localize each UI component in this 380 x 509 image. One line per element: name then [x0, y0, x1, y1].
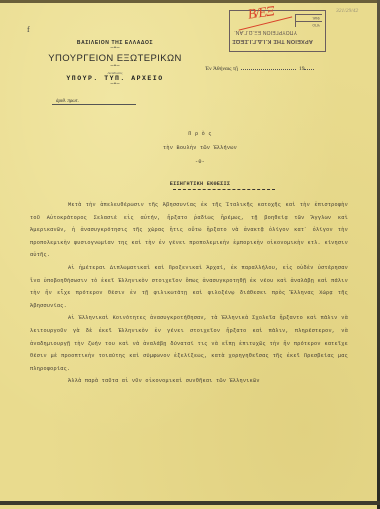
margin-mark: f — [27, 25, 30, 34]
letterhead: ΒΑΣΙΛΕΙΟΝ ΤΗΣ ΕΛΛΑΔΟΣ —•— ΥΠΟΥΡΓΕΙΟΝ ΕΞΩ… — [40, 40, 190, 87]
recipient-separator: -0- — [100, 159, 300, 165]
stamp-field-folder: ΦΑΚ. — [296, 14, 322, 21]
stamp-line-archive: ΑΡΧΕΙΟΝ ΤΗΣ Κ.Ι.Δ.Γ.Ι.ΣΕΩΣ — [232, 38, 313, 44]
paragraph: Μετὰ τὴν ἀπελευθέρωσιν τῆς Ἀβησσυνίας ἐκ… — [30, 199, 348, 262]
dateline-prefix: Ἐν Ἀθήναις τῇ — [205, 66, 238, 72]
date-blank — [241, 69, 296, 70]
document-body: Μετὰ τὴν ἀπελευθέρωσιν τῆς Ἀβησσυνίας ἐκ… — [30, 199, 348, 388]
archive-stamp: ΦΑΚ. ΥΠΟ ΥΠΟΥΡΓΕΙΟΝ ΕΞ.Ω.Γ.ΑΝ. ΑΡΧΕΙΟΝ Τ… — [229, 10, 326, 52]
protocol-number-field: ἀριθ. πρωτ. — [52, 99, 136, 105]
ornament-divider: —•— — [40, 64, 190, 69]
stamp-fields: ΦΑΚ. ΥΠΟ — [295, 14, 322, 27]
scan-top-edge — [0, 0, 380, 3]
document-title: ΕΙΣΗΓΗΤΙΚΗ ΕΚΘΕΣΙΣ — [100, 181, 300, 187]
stamp-field-sub: ΥΠΟ — [296, 21, 322, 28]
recipient-block: Π ρ ὸ ς τὴν Βουλὴν τῶν Ἑλλήνων -0- — [100, 131, 300, 173]
recipient-name: τὴν Βουλὴν τῶν Ἑλλήνων — [100, 145, 300, 151]
paragraph: Αἱ ἡμέτεραι Διπλωματικαὶ καὶ Προξενικαὶ … — [30, 262, 348, 312]
archive-number: 321/29/42 — [336, 8, 358, 14]
ornament-divider: —•— — [40, 46, 190, 51]
stamp-line-ministry: ΥΠΟΥΡΓΕΙΟΝ ΕΞ.Ω.Γ.ΑΝ. — [234, 29, 297, 35]
recipient-to: Π ρ ὸ ς — [100, 131, 300, 137]
ornament-divider: —•— — [40, 82, 190, 87]
document-page: f ΒΑΣΙΛΕΙΟΝ ΤΗΣ ΕΛΛΑΔΟΣ —•— ΥΠΟΥΡΓΕΙΟΝ Ε… — [0, 0, 380, 505]
title-underline — [173, 189, 275, 190]
paragraph: Ἀλλὰ παρὰ ταῦτα αἱ νῦν οἰκονομικαὶ συνθῆ… — [30, 375, 348, 388]
year-blank — [304, 69, 314, 70]
dateline: Ἐν Ἀθήναις τῇ19 — [205, 66, 314, 72]
paragraph: Αἱ Ἑλληνικαὶ Κοινότητες ἀνασυγκροτήθησαν… — [30, 312, 348, 375]
scan-bottom-edge — [0, 501, 380, 505]
